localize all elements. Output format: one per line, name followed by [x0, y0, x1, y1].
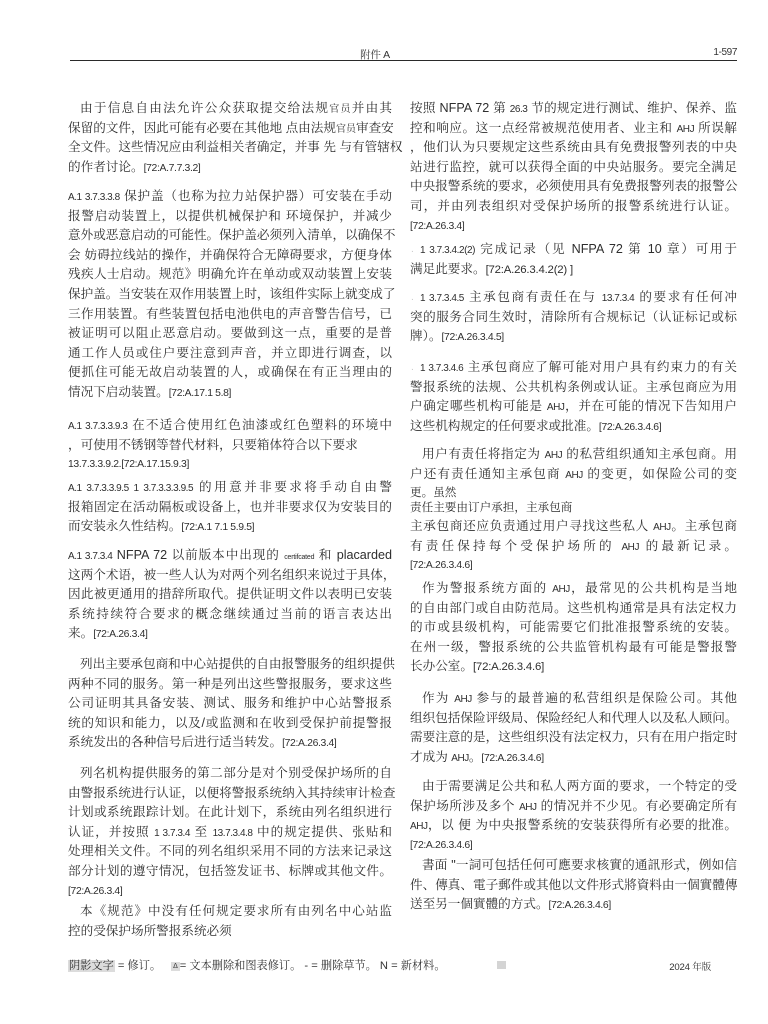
section-number: A.1 3.7.3.3.9.5 1 3.7.3.3.3.9.5	[68, 483, 193, 494]
reference-citation: [72:A.26.3.4.6]	[549, 900, 611, 911]
text-line: 作为 AHJ 参与的最普遍的私营组织是保险公司。其他	[410, 689, 737, 709]
abbreviation: AHJ	[410, 821, 428, 832]
text: 作为警报系统方面的	[422, 581, 552, 595]
reference-citation: [72:A.26.3.4]	[93, 629, 147, 640]
paragraph-a-13-7-3-3-8: A.1 3.7.3.3.8 保护盖（也称为拉力站保护器）可安装在手动 报警启动装…	[68, 187, 392, 403]
section-number: A.1 3.7.3.3.9.3	[68, 421, 127, 432]
text-line: .1 3.7.3.4.5 主承包商有责任在与 13.7.3.4 的要求有任何冲	[410, 288, 737, 308]
text: 有责任保持每个受保护场所的	[410, 539, 621, 553]
text: 主承包商还应负责通过用户寻找这些私人	[410, 519, 653, 533]
text: 责任主要由订户承担，主承包商	[410, 501, 572, 514]
text-line: 的自由部门或自由防范局。这些机构通常是具有法定权力	[410, 599, 737, 619]
text: 的要求有任何冲	[634, 290, 737, 304]
text-line: [72:A.26.3.4]	[68, 882, 392, 898]
text-line: 而安装永久性结构。[72:A.1 7.1 5.9.5]	[68, 517, 392, 537]
text-line: 报箱固定在活动隔板或设备上，也并非要求仅为安装目的	[68, 498, 392, 518]
text-line: 通工作人员或住户要注意到声音，并立即进行调查，以	[68, 344, 392, 364]
text-line: 因此被更通用的措辞所取代。提供证明文件以表明已安装	[68, 585, 392, 605]
text: 处理相关文件。不同的列名组织采用不同的方法来记录这	[68, 844, 392, 858]
text-line: 控和响应。这一点经常被规范使用者、业主和 AHJ 所误解	[410, 119, 737, 139]
text-line: 意外或恶意启动的可能性。保护盖必须列入清单，以确保不	[68, 226, 392, 246]
reference-citation: [72:A.26.3.4.6]	[410, 560, 472, 571]
text: 件、傳真、電子郵件或其他以文件形式將資料由一個實體傳	[410, 878, 737, 892]
text-line: 责任主要由订户承担，主承包商	[410, 501, 737, 516]
text: 用户有责任将指定为	[422, 447, 545, 461]
abbreviation: AHJ	[621, 542, 639, 553]
text-line: 牌）。[72:A.26.3.4.5]	[410, 327, 737, 347]
legend-shaded-text: 阴影文字	[68, 960, 115, 972]
text: 中央报警系统的要求，必须使用具有免费报警列表的报警公	[410, 179, 737, 193]
delta-icon: Δ	[171, 962, 180, 971]
text: 站进行监控，就可以获得全面的中央站服务。要完全满足	[410, 160, 737, 174]
abbreviation: AHJ	[454, 694, 472, 705]
text-line: ，可使用不锈钢等替代材料，只要箱体符合以下要求	[68, 436, 392, 456]
text-line: 13.7.3.3.9.2.[72:A.17.15.9.3]	[68, 455, 392, 471]
paragraph-listing-second-part: 列名机构提供服务的第二部分是对个别受保护场所的自 由警报系统进行认证，以便将警报…	[68, 764, 392, 898]
text: 在州一级，警报系统的公共监管机构最有可能是警报警	[410, 640, 737, 654]
text-line: 本《规范》中没有任何规定要求所有由列名中心站监	[68, 902, 392, 922]
text-line: 便抓住可能无故启动装置的人，或确保在有正当理由的	[68, 363, 392, 383]
section-number: A.1 3.7.3.4	[68, 551, 112, 562]
text-line: 用户有责任将指定为 AHJ 的私营组织通知主承包商。用	[410, 445, 737, 465]
text: NFPA 72 以前版本中出现的	[112, 548, 284, 562]
text: 的市或县级机构，可能需要它们批准报警系统的安装。	[410, 620, 737, 634]
text-line: 站进行监控，就可以获得全面的中央站服务。要完全满足	[410, 158, 737, 178]
text: 会 妨碍拉线站的操作，并确保符合无障碍要求，方便身体	[68, 248, 392, 262]
reference-citation: [72:A.26.3.4]	[282, 738, 336, 749]
text: 报警启动装置上，以提供机械保护和 环境保护，并减少	[68, 209, 392, 223]
abbreviation: AHJ	[565, 470, 583, 481]
text-line: 报警启动装置上，以提供机械保护和 环境保护，并减少	[68, 207, 392, 227]
text: 报箱固定在活动隔板或设备上，也并非要求仅为安装目的	[68, 500, 392, 514]
text-line: 列名机构提供服务的第二部分是对个别受保护场所的自	[68, 764, 392, 784]
text-line: 组织包括保险评级局、保险经纪人和代理人以及私人顾问。	[410, 709, 737, 729]
reference-citation: [72:A.26.3.4.6]	[410, 840, 472, 851]
text: 被证明可以阻止恶意启动。要做到这一点，重要的是普	[68, 326, 392, 340]
text: 由于需要满足公共和私人两方面的要求，一个特定的受	[422, 779, 737, 793]
text-line: [72:A.26.3.4.6]	[410, 836, 737, 852]
text: 通工作人员或住户要注意到声音，并立即进行调查，以	[68, 346, 392, 360]
text: 便抓住可能无故启动装置的人，或确保在有正当理由的	[68, 365, 392, 379]
reference-citation: [72:A.26.3.4.6]	[599, 422, 661, 433]
text-line: 中央报警系统的要求，必须使用具有免费报警列表的报警公	[410, 177, 737, 197]
section-number: A.1 3.7.3.3.8	[68, 192, 120, 203]
reference-citation: [72:A.26.3.4.5]	[441, 332, 503, 343]
paragraph-listing-services: 列出主要承包商和中心站提供的自由报警服务的组织提供 两种不同的服务。第一种是列出…	[68, 655, 392, 753]
text: 保留的文件，因此可能有必要在其他地 点由法规	[68, 121, 336, 135]
revision-marker: .	[411, 288, 414, 308]
reference-citation: [72:A.26.3.4.2(2) ]	[486, 264, 573, 276]
text: 的情况并不少见。有必要确定所有	[537, 799, 737, 813]
text-line: 有责任保持每个受保护场所的 AHJ 的最新记录。	[410, 537, 737, 557]
text-line: 主承包商还应负责通过用户寻找这些私人 AHJ。主承包商	[410, 517, 737, 537]
text-line: 系统发出的各种信号后进行适当转发。[72:A.26.3.4]	[68, 733, 392, 753]
text-line: 认证，并按照 1 3.7.3.4 至 13.7.3.4.8 中的规定提供、张贴和	[68, 823, 392, 843]
text-line: 列出主要承包商和中心站提供的自由报警服务的组织提供	[68, 655, 392, 675]
text-line: A.1 3.7.3.4 NFPA 72 以前版本中出现的 certifcated…	[68, 546, 392, 566]
text-line: 残疾人士启动。规范》明确允许在单动或双动装置上安装	[68, 265, 392, 285]
reference-citation: [72:A.26.3.4.6]	[481, 753, 543, 764]
paragraph-user-responsibility: 用户有责任将指定为 AHJ 的私营组织通知主承包商。用 户还有责任通知主承包商 …	[410, 445, 737, 572]
text-line: 全文件。这些情况应由利益相关者确定，并事 先 与有管辖权	[68, 138, 392, 158]
text: 牌）。	[410, 329, 441, 343]
text-line: 的作者讨论。[72:A.7.7.3.2]	[68, 158, 392, 178]
text-line: 长办公室。[72:A.26.3.4.6]	[410, 657, 737, 677]
text-line: 在州一级，警报系统的公共监管机构最有可能是警报警	[410, 638, 737, 658]
reference-citation: [72:A.17.1 5.8]	[169, 388, 231, 399]
text-line: ，他们认为只要规定这些系统由具有免费报警列表的中央	[410, 138, 737, 158]
text: 。	[469, 750, 482, 764]
paragraph-a-13-7-3-4-5: .1 3.7.3.4.5 主承包商有责任在与 13.7.3.4 的要求有任何冲 …	[410, 288, 737, 347]
text: 这两个术语，被一些人认为对两个列名组织来说过于具体，	[68, 568, 395, 582]
text-line: AHJ，以 便 为中央报警系统的安装获得所有必要的批准。	[410, 816, 737, 836]
text-line: 处理相关文件。不同的列名组织采用不同的方法来记录这	[68, 842, 392, 862]
text: 满足此要求。	[410, 262, 486, 276]
text: 参与的最普遍的私营组织是保险公司。其他	[472, 691, 737, 705]
text-line: 由警报系统进行认证，以便将警报系统纳入其持续审计检查	[68, 784, 392, 804]
text-line: 这些机构规定的任何要求或批准。[72:A.26.3.4.6]	[410, 417, 737, 437]
text: 書面 "一詞可包括任何可應要求核實的通訊形式，例如信	[422, 858, 737, 872]
text: 公司证明其具备安装、测试、服务和维护中心站警报系	[68, 696, 392, 710]
text: 系统发出的各种信号后进行适当转发。	[68, 735, 282, 749]
text: 突的服务合同生效时，清除所有合规标记（认证标记或标	[410, 310, 737, 324]
text-line: 三作用装置。有些装置包括电池供电的声音警告信号，已	[68, 305, 392, 325]
text: 本《规范》中没有任何规定要求所有由列名中心站监	[80, 904, 392, 918]
text: 计划或系统跟踪计划。在此计划下，系统由列名组织进行	[68, 805, 392, 819]
text: 。主承包商	[671, 519, 737, 533]
text: 中的规定提供、张贴和	[253, 825, 392, 839]
text: 至	[190, 825, 213, 839]
paragraph-a-13-7-3-4: A.1 3.7.3.4 NFPA 72 以前版本中出现的 certifcated…	[68, 546, 392, 644]
legend-new-material-definition: N = 新材料。	[377, 960, 446, 972]
text: 情况下启动装置。	[68, 385, 169, 399]
text: 这些机构规定的任何要求或批准。	[410, 419, 599, 433]
revision-legend: 阴影文字 = 修订。Δ= 文本删除和图表修订。 - = 删除草节。 N = 新材…	[68, 957, 737, 975]
section-number: 1 3.7.3.4.5	[420, 293, 464, 304]
text: 官员	[336, 124, 356, 135]
text: 的变更，如保险公司的变	[583, 467, 737, 481]
text-line: 部分计划的遵守情况，包括签发证书、标牌或其他文件。	[68, 862, 392, 882]
paragraph-a-13-7-3-3-9-3: A.1 3.7.3.3.9.3 在不适合使用红色油漆或红色塑料的环境中 ，可使用…	[68, 416, 392, 471]
text-line: 司，并由列表组织对受保护场所的报警系统进行认证。	[410, 197, 737, 217]
text: ，他们认为只要规定这些系统由具有免费报警列表的中央	[410, 140, 737, 154]
text-line: 的市或县级机构，可能需要它们批准报警系统的安装。	[410, 618, 737, 638]
text: 控的受保护场所警报系统必须	[68, 924, 232, 938]
abbreviation: AHJ	[677, 124, 695, 135]
text: 保护盖（也称为拉力站保护器）可安装在手动	[120, 189, 392, 203]
text: 并由其	[352, 101, 392, 115]
reference-citation: [72:A.26.3.4.6]	[473, 661, 544, 673]
text-line: 保护场所涉及多个 AHJ 的情况并不少见。有必要确定所有	[410, 797, 737, 817]
text: 保护场所涉及多个	[410, 799, 519, 813]
text-line: 情况下启动装置。[72:A.17.1 5.8]	[68, 383, 392, 403]
paragraph-a-13-7-3-4-2-2: .1 3.7.3.4.2(2) 完成记录（见 NFPA 72 第 10 章）可用…	[410, 240, 737, 279]
text-line: 警报系统的法规、公共机构条例或认证。主承包商应为用	[410, 378, 737, 398]
text: 保护盖。当安装在双作用装置上时，该组件实际上就变成了	[68, 287, 395, 301]
reference-citation: [72:A.7.7.3.2]	[144, 163, 201, 174]
text: 来。	[68, 626, 93, 640]
text: 的私营组织通知主承包商。用	[562, 447, 737, 461]
text: 长办公室。	[410, 659, 473, 673]
text-line: 满足此要求。[72:A.26.3.4.2(2) ]	[410, 260, 737, 280]
document-page: 附件 A 1-597 由于信息自由法允许公众获取提交给法规官员并由其 保留的文件…	[0, 0, 768, 1024]
text-line: 突的服务合同生效时，清除所有合规标记（认证标记或标	[410, 308, 737, 328]
text: 控和响应。这一点经常被规范使用者、业主和	[410, 121, 677, 135]
text: 的自由部门或自由防范局。这些机构通常是具有法定权力	[410, 601, 737, 615]
text-line: 保留的文件，因此可能有必要在其他地 点由法规官员审查安	[68, 119, 392, 139]
abbreviation: AHJ	[547, 402, 565, 413]
text-line: 公司证明其具备安装、测试、服务和维护中心站警报系	[68, 694, 392, 714]
text: 户还有责任通知主承包商	[410, 467, 565, 481]
paragraph-private-ahj: 作为 AHJ 参与的最普遍的私营组织是保险公司。其他 组织包括保险评级局、保险经…	[410, 689, 737, 767]
abbreviation: AHJ	[552, 584, 570, 595]
text: 和 placarded	[314, 548, 392, 562]
text-line: 更。虽然	[410, 486, 737, 501]
text: 所误解	[694, 121, 737, 135]
text-line: .1 3.7.3.4.6 主承包商应了解可能对用户具有约束力的有关	[410, 358, 737, 378]
section-number: 1 3.7.3.4.2(2)	[420, 245, 475, 256]
section-number: 26.3	[510, 104, 528, 115]
text: certifcated	[284, 554, 314, 561]
reference-citation: 13.7.3.3.9.2.[72:A.17.15.9.3]	[68, 459, 189, 470]
text: 而安装永久性结构。	[68, 519, 181, 533]
text: 完成记录（见 NFPA 72 第 10 章）可用于	[475, 242, 737, 256]
text: 列名机构提供服务的第二部分是对个别受保护场所的自	[80, 766, 392, 780]
paragraph-public-ahj: 作为警报系统方面的 AHJ，最常见的公共机构是当地 的自由部门或自由防范局。这些…	[410, 579, 737, 677]
text: 三作用装置。有些装置包括电池供电的声音警告信号，已	[68, 307, 392, 321]
text-line: 由于需要满足公共和私人两方面的要求，一个特定的受	[410, 777, 737, 797]
text-line: 送至另一個實體的方式。[72:A.26.3.4.6]	[410, 895, 737, 915]
text: 才成为	[410, 750, 451, 764]
page-number: 1-597	[700, 47, 737, 58]
text: ，以 便 为中央报警系统的安装获得所有必要的批准。	[428, 818, 737, 832]
text: 主承包商有责任在与	[464, 290, 602, 304]
text: 认证，并按照	[68, 825, 154, 839]
abbreviation: AHJ	[545, 450, 563, 461]
text-line: 作为警报系统方面的 AHJ，最常见的公共机构是当地	[410, 579, 737, 599]
text: 全文件。这些情况应由利益相关者确定，并事 先 与有管辖权	[68, 140, 402, 154]
text: 由警报系统进行认证，以便将警报系统纳入其持续审计检查	[68, 786, 395, 800]
text-line: 户还有责任通知主承包商 AHJ 的变更，如保险公司的变	[410, 465, 737, 485]
text-line: [72:A.26.3.4.6]	[410, 556, 737, 572]
text-line: 两种不同的服务。第一种是列出这些警报服务，要求这些	[68, 675, 392, 695]
text: 因此被更通用的措辞所取代。提供证明文件以表明已安装	[68, 587, 392, 601]
text-line: 才成为 AHJ。[72:A.26.3.4.6]	[410, 748, 737, 768]
text: 组织包括保险评级局、保险经纪人和代理人以及私人顾问。	[410, 711, 737, 725]
text-line: 系统持续符合要求的概念继续通过当前的语言表达出	[68, 605, 392, 625]
text-line: A.1 3.7.3.3.9.5 1 3.7.3.3.3.9.5 的用意并非要求将…	[68, 478, 392, 498]
text: 部分计划的遵守情况，包括签发证书、标牌或其他文件。	[68, 864, 392, 878]
text: 按照 NFPA 72 第	[410, 101, 510, 115]
text: 官员	[329, 104, 352, 115]
text: 在不适合使用红色油漆或红色塑料的环境中	[127, 418, 392, 432]
text-line: 件、傳真、電子郵件或其他以文件形式將資料由一個實體傳	[410, 876, 737, 896]
text-line: 控的受保护场所警报系统必须	[68, 922, 392, 942]
text: ，最常见的公共机构是当地	[570, 581, 737, 595]
text: 更。虽然	[410, 486, 456, 499]
abbreviation: AHJ	[653, 522, 671, 533]
paragraph-foi-review: 由于信息自由法允许公众获取提交给法规官员并由其 保留的文件，因此可能有必要在其他…	[68, 99, 392, 177]
text: 的作者讨论。	[68, 160, 144, 174]
text-line: 由于信息自由法允许公众获取提交给法规官员并由其	[68, 99, 392, 119]
paragraph-code-no-requirement: 本《规范》中没有任何规定要求所有由列名中心站监 控的受保护场所警报系统必须	[68, 902, 392, 941]
text: 残疾人士启动。规范》明确允许在单动或双动装置上安装	[68, 267, 392, 281]
text: 两种不同的服务。第一种是列出这些警报服务，要求这些	[68, 677, 392, 691]
text: 送至另一個實體的方式。	[410, 897, 549, 911]
legend-shaded-definition: = 修订。	[115, 960, 161, 972]
paragraph-written-definition: 書面 "一詞可包括任何可應要求核實的通訊形式，例如信 件、傳真、電子郵件或其他以…	[410, 856, 737, 915]
text-line: 户确定哪些机构可能是 AHJ，并在可能的情况下告知用户	[410, 397, 737, 417]
text: 系统持续符合要求的概念继续通过当前的语言表达出	[68, 607, 392, 621]
edition-label: 2024 年版	[660, 959, 711, 973]
text-line: 来。[72:A.26.3.4]	[68, 624, 392, 644]
text: 由于信息自由法允许公众获取提交给法规	[80, 101, 329, 115]
section-number: 13.7.3.4.8	[213, 828, 253, 839]
text: 的用意并非要求将手动自由警	[193, 480, 392, 494]
text-line: [72:A.26.3.4]	[410, 217, 737, 233]
text-line: 需要注意的是，这些组织没有法定权力，只有在用户指定时	[410, 728, 737, 748]
text: 列出主要承包商和中心站提供的自由报警服务的组织提供	[80, 657, 395, 671]
text: 审查安	[356, 121, 394, 135]
text: 警报系统的法规、公共机构条例或认证。主承包商应为用	[410, 380, 737, 394]
text-line: A.1 3.7.3.3.9.3 在不适合使用红色油漆或红色塑料的环境中	[68, 416, 392, 436]
text-line: 这两个术语，被一些人认为对两个列名组织来说过于具体，	[68, 566, 392, 586]
legend-delta-definition: = 文本删除和图表修订。	[180, 960, 302, 972]
text-line: 被证明可以阻止恶意启动。要做到这一点，重要的是普	[68, 324, 392, 344]
text: 主承包商应了解可能对用户具有约束力的有关	[463, 360, 737, 374]
text-line: .1 3.7.3.4.2(2) 完成记录（见 NFPA 72 第 10 章）可用…	[410, 240, 737, 260]
paragraph-central-station-service: 按照 NFPA 72 第 26.3 节的规定进行测试、维护、保养、监 控和响应。…	[410, 99, 737, 233]
text: 节的规定进行测试、维护、保养、监	[527, 101, 737, 115]
text-line: 会 妨碍拉线站的操作，并确保符合无障碍要求，方便身体	[68, 246, 392, 266]
text-line: A.1 3.7.3.3.8 保护盖（也称为拉力站保护器）可安装在手动	[68, 187, 392, 207]
text: 司，并由列表组织对受保护场所的报警系统进行认证。	[410, 199, 737, 213]
text-line: 按照 NFPA 72 第 26.3 节的规定进行测试、维护、保养、监	[410, 99, 737, 119]
text-line: 统的知识和能力，以及/或监测和在收到受保护前提警报	[68, 714, 392, 734]
text: 的最新记录。	[639, 539, 737, 553]
text-line: 计划或系统跟踪计划。在此计划下，系统由列名组织进行	[68, 803, 392, 823]
text: ，并在可能的情况下告知用户	[564, 399, 737, 413]
legend-dash-definition: - = 删除草节。	[301, 960, 377, 972]
text: 作为	[422, 691, 454, 705]
text: 需要注意的是，这些组织没有法定权力，只有在用户指定时	[410, 730, 737, 744]
paragraph-a-13-7-3-4-6: .1 3.7.3.4.6 主承包商应了解可能对用户具有约束力的有关 警报系统的法…	[410, 358, 737, 436]
reference-citation: [72:A.26.3.4]	[410, 221, 464, 232]
section-number: 1 3.7.3.4.6	[420, 363, 463, 374]
reference-citation: [72:A.26.3.4]	[68, 886, 122, 897]
text-line: 書面 "一詞可包括任何可應要求核實的通訊形式，例如信	[410, 856, 737, 876]
abbreviation: AHJ	[451, 753, 469, 764]
paragraph-a-13-7-3-3-9-5: A.1 3.7.3.3.9.5 1 3.7.3.3.3.9.5 的用意并非要求将…	[68, 478, 392, 537]
header-rule	[70, 60, 737, 61]
section-number: 1 3.7.3.4	[154, 828, 190, 839]
gray-square-icon	[497, 961, 506, 969]
reference-citation: [72:A.1 7.1 5.9.5]	[181, 522, 254, 533]
revision-marker: .	[411, 240, 414, 260]
abbreviation: AHJ	[519, 802, 537, 813]
revision-marker: .	[411, 358, 414, 378]
section-number: 13.7.3.4	[602, 293, 635, 304]
paragraph-multiple-ahj: 由于需要满足公共和私人两方面的要求，一个特定的受 保护场所涉及多个 AHJ 的情…	[410, 777, 737, 852]
text: 统的知识和能力，以及/或监测和在收到受保护前提警报	[68, 716, 392, 730]
text: ，可使用不锈钢等替代材料，只要箱体符合以下要求	[68, 438, 358, 452]
text: 户确定哪些机构可能是	[410, 399, 547, 413]
text-line: 保护盖。当安装在双作用装置上时，该组件实际上就变成了	[68, 285, 392, 305]
text: 意外或恶意启动的可能性。保护盖必须列入清单，以确保不	[68, 228, 395, 242]
